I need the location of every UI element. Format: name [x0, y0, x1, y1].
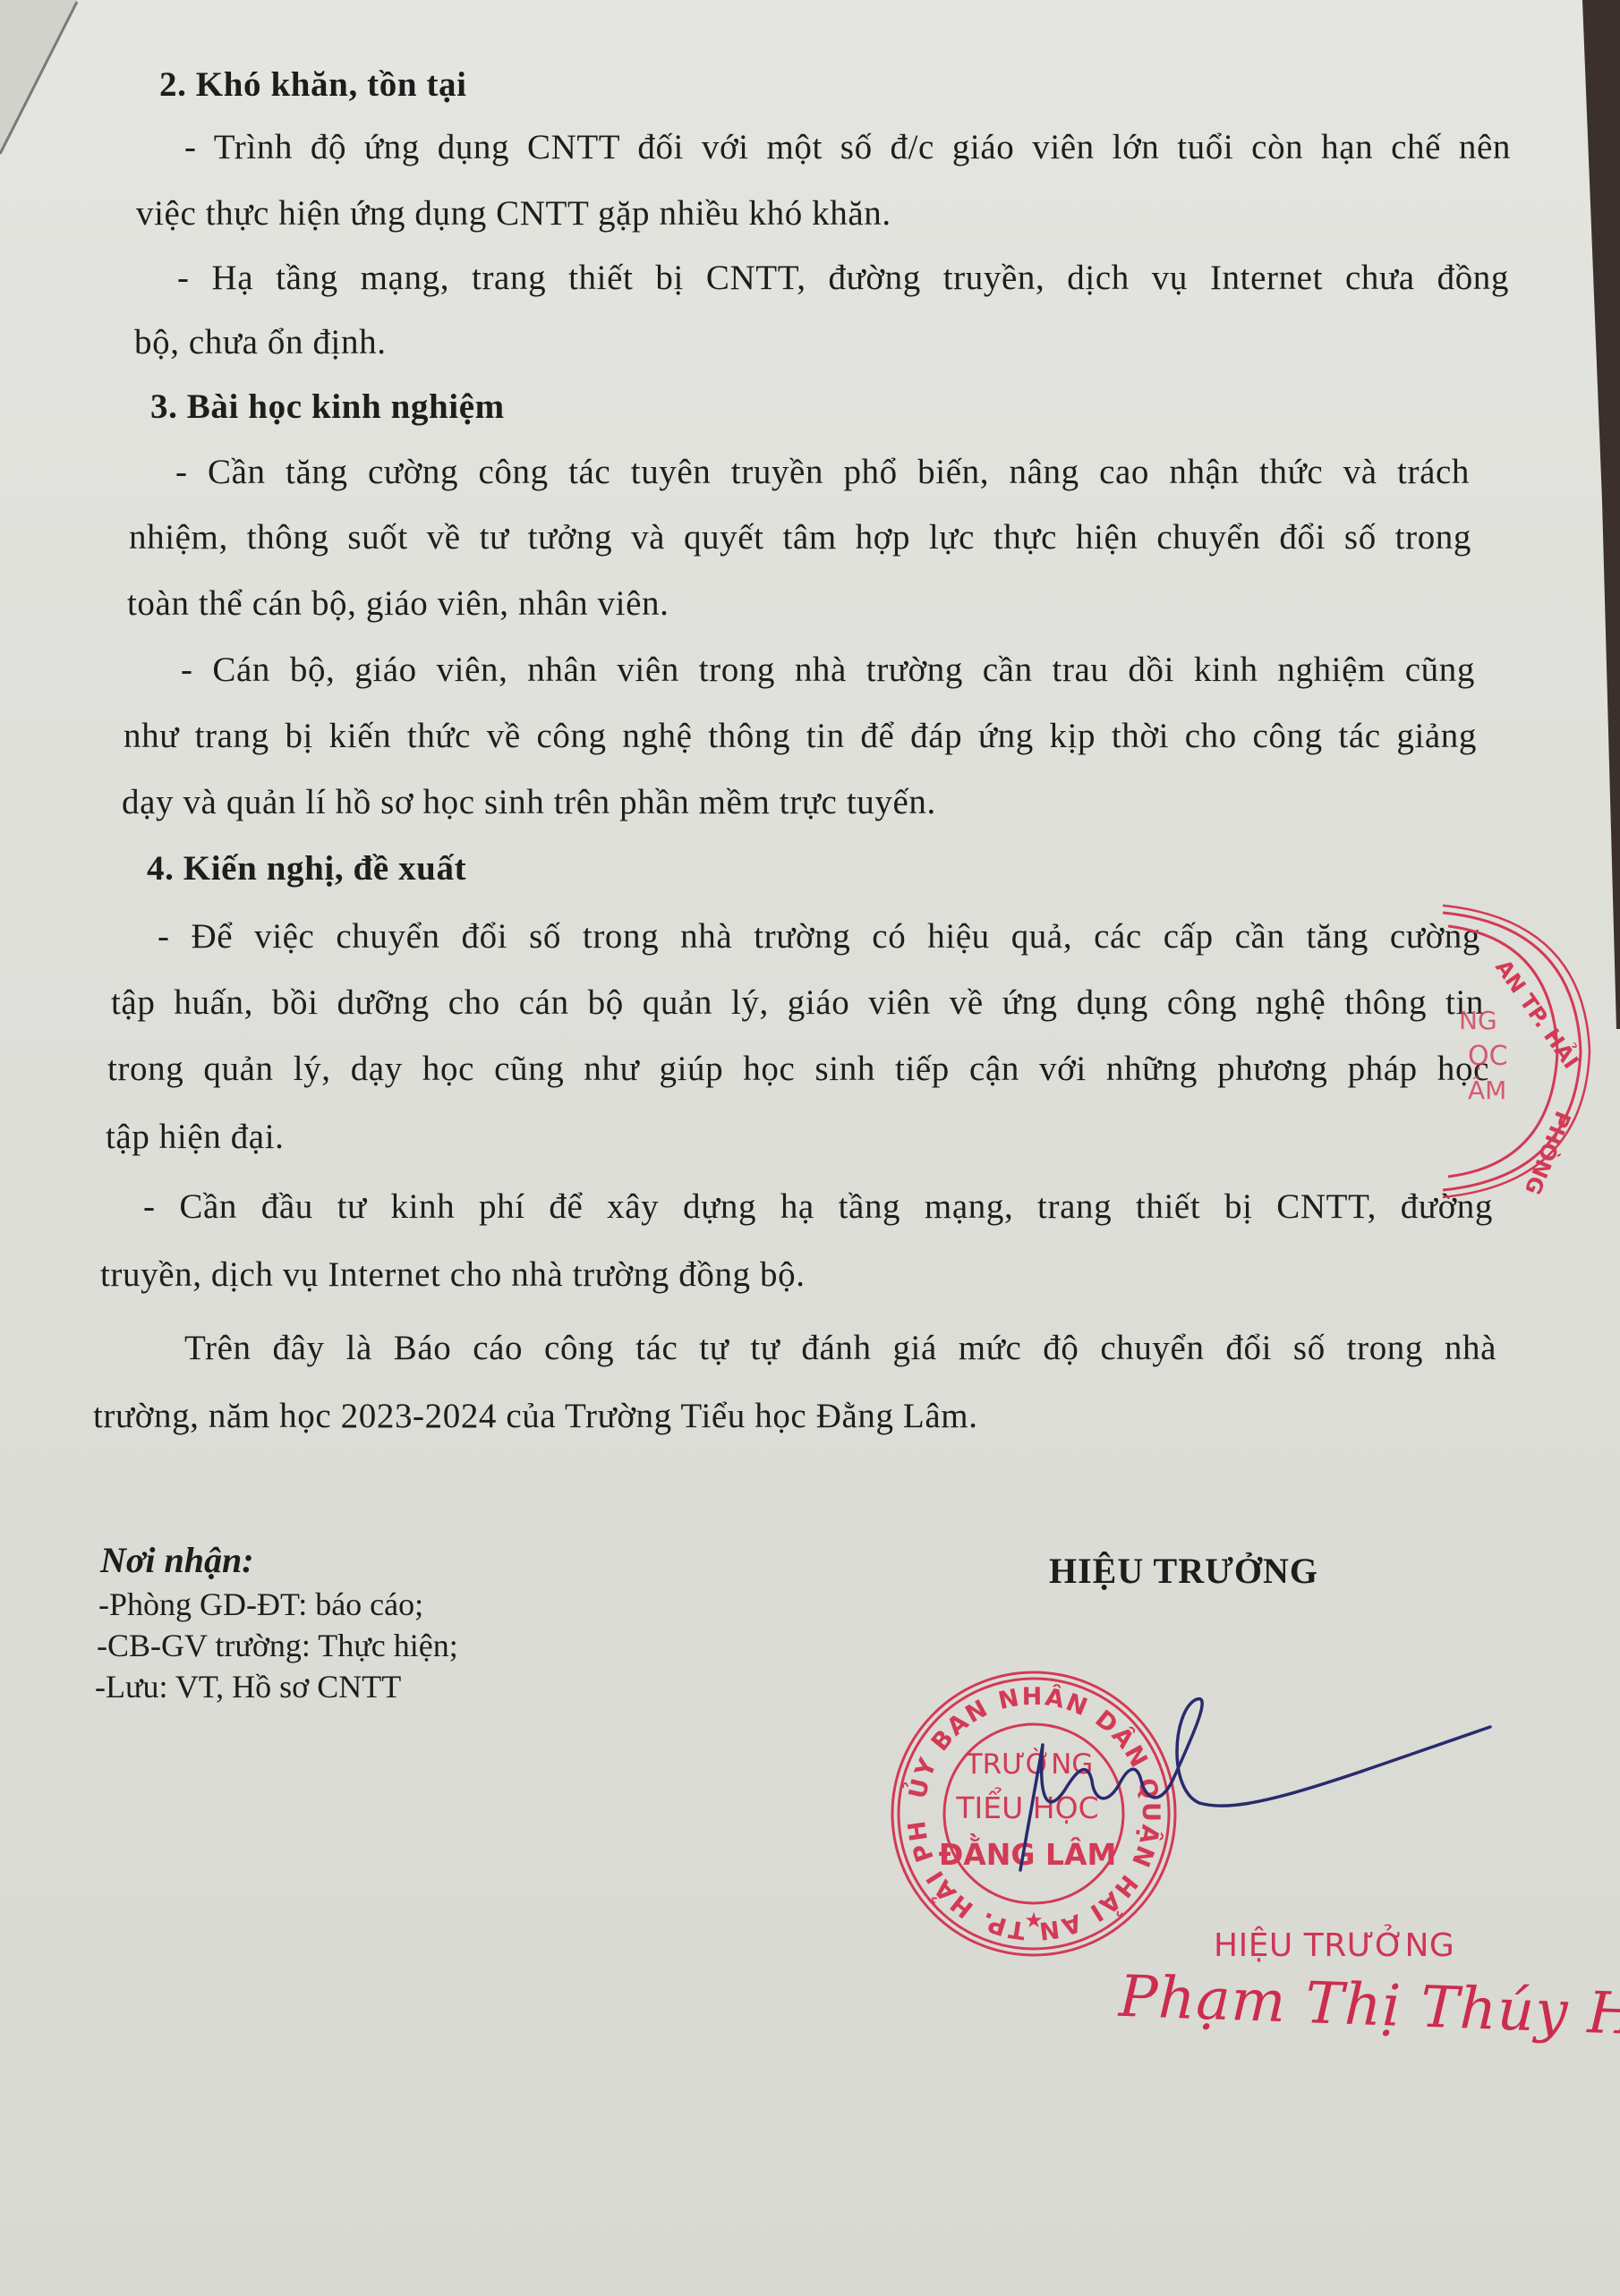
signature-title: HIỆU TRƯỞNG [1049, 1550, 1318, 1592]
page-seal-partial-stamp: AN TP. HẢI PHÒNG NG ỌC ÂM [1441, 904, 1620, 1199]
body-line: truyền, dịch vụ Internet cho nhà trường … [100, 1254, 806, 1295]
body-line: toàn thể cán bộ, giáo viên, nhân viên. [127, 583, 669, 624]
body-line: - Cán bộ, giáo viên, nhân viên trong nhà… [181, 650, 1475, 690]
closing-line: trường, năm học 2023-2024 của Trường Tiể… [93, 1396, 978, 1436]
closing-line: Trên đây là Báo cáo công tác tự tự đánh … [184, 1328, 1496, 1368]
body-line: dạy và quản lí hồ sơ học sinh trên phần … [122, 782, 936, 822]
handwritten-signature [993, 1682, 1495, 1915]
body-line: bộ, chưa ổn định. [134, 322, 387, 362]
body-line: - Cần đầu tư kinh phí để xây dựng hạ tần… [143, 1186, 1493, 1227]
body-line: - Trình độ ứng dụng CNTT đối với một số … [136, 127, 1511, 167]
body-line: trong quản lý, dạy học cũng như giúp học… [107, 1049, 1489, 1089]
body-line: - Cần tăng cường công tác tuyên truyền p… [175, 452, 1470, 492]
body-line: nhiệm, thông suốt về tư tưởng và quyết t… [129, 517, 1471, 557]
body-line: - Hạ tầng mạng, trang thiết bị CNTT, đườ… [134, 258, 1509, 298]
body-line: việc thực hiện ứng dụng CNTT gặp nhiều k… [136, 193, 891, 234]
body-line: tập huấn, bồi dưỡng cho cán bộ quản lý, … [111, 982, 1484, 1023]
recipient-item: -CB-GV trường: Thực hiện; [97, 1627, 458, 1664]
recipients-title: Nơi nhận: [100, 1539, 254, 1581]
body-line: - Để việc chuyển đổi số trong nhà trường… [158, 916, 1480, 957]
body-line: tập hiện đại. [106, 1117, 285, 1157]
recipient-item: -Lưu: VT, Hồ sơ CNTT [95, 1668, 401, 1705]
section-heading-3: 3. Bài học kinh nghiệm [150, 387, 505, 427]
svg-text:ÂM: ÂM [1468, 1075, 1506, 1105]
svg-text:PHÒNG: PHÒNG [1520, 1108, 1577, 1199]
section-heading-2: 2. Khó khăn, tồn tại [159, 64, 467, 105]
svg-text:ỌC: ỌC [1468, 1041, 1508, 1072]
name-stamp-title: HIỆU TRƯỞNG [1214, 1927, 1454, 1964]
recipient-item: -Phòng GD-ĐT: báo cáo; [98, 1586, 423, 1623]
body-line: như trang bị kiến thức về công nghệ thôn… [124, 716, 1477, 756]
svg-text:NG: NG [1459, 1006, 1497, 1035]
section-heading-4: 4. Kiến nghị, đề xuất [147, 848, 466, 889]
